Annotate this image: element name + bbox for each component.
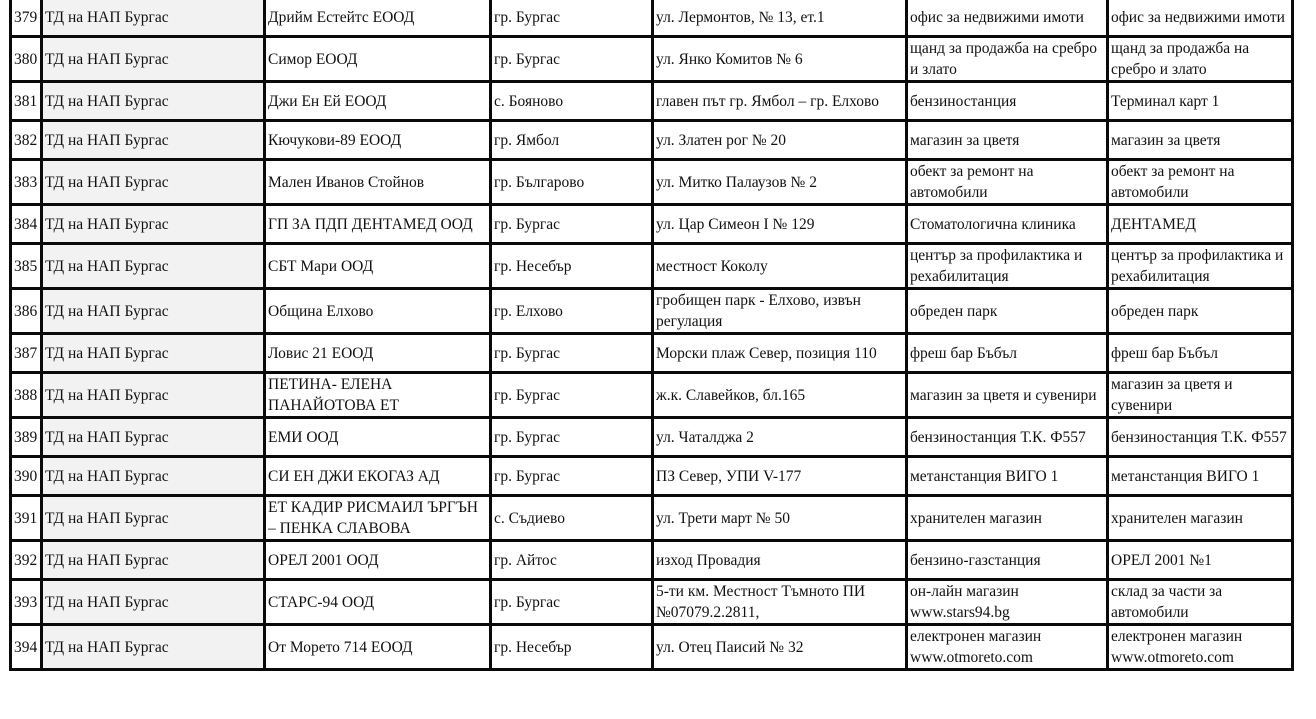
company-cell: Мален Иванов Стойнов <box>265 160 491 205</box>
row-number-cell: 385 <box>11 244 42 289</box>
company-cell: ЕТ КАДИР РИСМАИЛ ЪРГЪН – ПЕНКА СЛАВОВА <box>265 496 491 541</box>
registry-table: 379ТД на НАП БургасДрийм Естейтс ЕООДгр.… <box>9 0 1294 671</box>
city-cell: гр. Бургас <box>491 580 653 625</box>
city-cell: гр. Бургас <box>491 205 653 244</box>
city-cell: гр. Несебър <box>491 244 653 289</box>
address-cell: гробищен парк - Елхово, извън регулация <box>653 289 907 334</box>
tax-office-cell: ТД на НАП Бургас <box>42 0 265 37</box>
site-type-cell: метанстанция ВИГО 1 <box>907 457 1108 496</box>
table-row: 389ТД на НАП БургасЕМИ ООДгр. Бургасул. … <box>11 418 1293 457</box>
tax-office-cell: ТД на НАП Бургас <box>42 121 265 160</box>
tax-office-cell: ТД на НАП Бургас <box>42 625 265 670</box>
address-cell: ПЗ Север, УПИ V-177 <box>653 457 907 496</box>
address-cell: ул. Митко Палаузов № 2 <box>653 160 907 205</box>
site-name-cell: обреден парк <box>1108 289 1293 334</box>
city-cell: гр. Бургас <box>491 457 653 496</box>
city-cell: гр. Ямбол <box>491 121 653 160</box>
site-name-cell: фреш бар Бъбъл <box>1108 334 1293 373</box>
row-number-cell: 388 <box>11 373 42 418</box>
address-cell: ул. Янко Комитов № 6 <box>653 37 907 82</box>
tax-office-cell: ТД на НАП Бургас <box>42 289 265 334</box>
row-number-cell: 393 <box>11 580 42 625</box>
company-cell: СИ ЕН ДЖИ ЕКОГАЗ АД <box>265 457 491 496</box>
address-cell: главен път гр. Ямбол – гр. Елхово <box>653 82 907 121</box>
site-name-cell: метанстанция ВИГО 1 <box>1108 457 1293 496</box>
tax-office-cell: ТД на НАП Бургас <box>42 244 265 289</box>
company-cell: ГП ЗА ПДП ДЕНТАМЕД ООД <box>265 205 491 244</box>
site-name-cell: хранителен магазин <box>1108 496 1293 541</box>
table-row: 388ТД на НАП БургасПЕТИНА- ЕЛЕНА ПАНАЙОТ… <box>11 373 1293 418</box>
tax-office-cell: ТД на НАП Бургас <box>42 580 265 625</box>
address-cell: ул. Лермонтов, № 13, ет.1 <box>653 0 907 37</box>
table-row: 383ТД на НАП БургасМален Иванов Стойновг… <box>11 160 1293 205</box>
company-cell: СБТ Мари ООД <box>265 244 491 289</box>
row-number-cell: 386 <box>11 289 42 334</box>
address-cell: Морски плаж Север, позиция 110 <box>653 334 907 373</box>
table-row: 384ТД на НАП БургасГП ЗА ПДП ДЕНТАМЕД ОО… <box>11 205 1293 244</box>
site-name-cell: център за профилактика и рехабилитация <box>1108 244 1293 289</box>
company-cell: Ловис 21 ЕООД <box>265 334 491 373</box>
city-cell: гр. Бургас <box>491 0 653 37</box>
site-name-cell: ОРЕЛ 2001 №1 <box>1108 541 1293 580</box>
company-cell: Симор ЕООД <box>265 37 491 82</box>
site-type-cell: хранителен магазин <box>907 496 1108 541</box>
site-name-cell: обект за ремонт на автомобили <box>1108 160 1293 205</box>
table-row: 391ТД на НАП БургасЕТ КАДИР РИСМАИЛ ЪРГЪ… <box>11 496 1293 541</box>
tax-office-cell: ТД на НАП Бургас <box>42 418 265 457</box>
site-type-cell: Стоматологична клиника <box>907 205 1108 244</box>
row-number-cell: 390 <box>11 457 42 496</box>
address-cell: ул. Чаталджа 2 <box>653 418 907 457</box>
company-cell: ОРЕЛ 2001 ООД <box>265 541 491 580</box>
tax-office-cell: ТД на НАП Бургас <box>42 541 265 580</box>
company-cell: От Морето 714 ЕООД <box>265 625 491 670</box>
site-type-cell: бензино-газстанция <box>907 541 1108 580</box>
row-number-cell: 392 <box>11 541 42 580</box>
table-row: 379ТД на НАП БургасДрийм Естейтс ЕООДгр.… <box>11 0 1293 37</box>
company-cell: Кючукови-89 ЕООД <box>265 121 491 160</box>
site-name-cell: склад за части за автомобили <box>1108 580 1293 625</box>
site-name-cell: Терминал карт 1 <box>1108 82 1293 121</box>
row-number-cell: 382 <box>11 121 42 160</box>
site-type-cell: щанд за продажба на сребро и злато <box>907 37 1108 82</box>
address-cell: ж.к. Славейков, бл.165 <box>653 373 907 418</box>
address-cell: ул. Цар Симеон I № 129 <box>653 205 907 244</box>
row-number-cell: 381 <box>11 82 42 121</box>
address-cell: ул. Трети март № 50 <box>653 496 907 541</box>
company-cell: Дрийм Естейтс ЕООД <box>265 0 491 37</box>
city-cell: гр. Бургас <box>491 373 653 418</box>
row-number-cell: 391 <box>11 496 42 541</box>
table-row: 387ТД на НАП БургасЛовис 21 ЕООДгр. Бург… <box>11 334 1293 373</box>
city-cell: с. Съдиево <box>491 496 653 541</box>
city-cell: гр. Елхово <box>491 289 653 334</box>
city-cell: гр. Бургас <box>491 418 653 457</box>
tax-office-cell: ТД на НАП Бургас <box>42 457 265 496</box>
site-type-cell: обреден парк <box>907 289 1108 334</box>
company-cell: Община Елхово <box>265 289 491 334</box>
row-number-cell: 389 <box>11 418 42 457</box>
table-row: 381ТД на НАП БургасДжи Ен Ей ЕООДс. Боян… <box>11 82 1293 121</box>
row-number-cell: 384 <box>11 205 42 244</box>
tax-office-cell: ТД на НАП Бургас <box>42 334 265 373</box>
row-number-cell: 387 <box>11 334 42 373</box>
site-type-cell: бензиностанция <box>907 82 1108 121</box>
company-cell: Джи Ен Ей ЕООД <box>265 82 491 121</box>
company-cell: ПЕТИНА- ЕЛЕНА ПАНАЙОТОВА ЕТ <box>265 373 491 418</box>
site-name-cell: магазин за цветя и сувенири <box>1108 373 1293 418</box>
row-number-cell: 380 <box>11 37 42 82</box>
table-row: 380ТД на НАП БургасСимор ЕООДгр. Бургасу… <box>11 37 1293 82</box>
site-name-cell: магазин за цветя <box>1108 121 1293 160</box>
site-type-cell: магазин за цветя <box>907 121 1108 160</box>
site-type-cell: обект за ремонт на автомобили <box>907 160 1108 205</box>
tax-office-cell: ТД на НАП Бургас <box>42 37 265 82</box>
address-cell: ул. Златен рог № 20 <box>653 121 907 160</box>
site-type-cell: он-лайн магазин www.stars94.bg <box>907 580 1108 625</box>
address-cell: местност Коколу <box>653 244 907 289</box>
site-type-cell: електронен магазин www.otmoreto.com <box>907 625 1108 670</box>
city-cell: гр. Българово <box>491 160 653 205</box>
company-cell: СТАРС-94 ООД <box>265 580 491 625</box>
company-cell: ЕМИ ООД <box>265 418 491 457</box>
city-cell: с. Бояново <box>491 82 653 121</box>
site-type-cell: център за профилактика и рехабилитация <box>907 244 1108 289</box>
table-row: 390ТД на НАП БургасСИ ЕН ДЖИ ЕКОГАЗ АДгр… <box>11 457 1293 496</box>
address-cell: изход Провадия <box>653 541 907 580</box>
site-name-cell: електронен магазин www.otmoreto.com <box>1108 625 1293 670</box>
tax-office-cell: ТД на НАП Бургас <box>42 373 265 418</box>
row-number-cell: 379 <box>11 0 42 37</box>
table-row: 392ТД на НАП БургасОРЕЛ 2001 ООДгр. Айто… <box>11 541 1293 580</box>
table-row: 382ТД на НАП БургасКючукови-89 ЕООДгр. Я… <box>11 121 1293 160</box>
site-name-cell: ДЕНТАМЕД <box>1108 205 1293 244</box>
row-number-cell: 383 <box>11 160 42 205</box>
tax-office-cell: ТД на НАП Бургас <box>42 160 265 205</box>
site-type-cell: бензиностанция Т.К. Ф557 <box>907 418 1108 457</box>
site-type-cell: офис за недвижими имоти <box>907 0 1108 37</box>
site-name-cell: бензиностанция Т.К. Ф557 <box>1108 418 1293 457</box>
row-number-cell: 394 <box>11 625 42 670</box>
site-type-cell: магазин за цветя и сувенири <box>907 373 1108 418</box>
site-name-cell: щанд за продажба на сребро и злато <box>1108 37 1293 82</box>
address-cell: 5-ти км. Местност Тъмното ПИ №07079.2.28… <box>653 580 907 625</box>
site-type-cell: фреш бар Бъбъл <box>907 334 1108 373</box>
city-cell: гр. Несебър <box>491 625 653 670</box>
tax-office-cell: ТД на НАП Бургас <box>42 205 265 244</box>
table-row: 394ТД на НАП БургасОт Морето 714 ЕООДгр.… <box>11 625 1293 670</box>
table-row: 393ТД на НАП БургасСТАРС-94 ООДгр. Бурга… <box>11 580 1293 625</box>
city-cell: гр. Бургас <box>491 334 653 373</box>
address-cell: ул. Отец Паисий № 32 <box>653 625 907 670</box>
site-name-cell: офис за недвижими имоти <box>1108 0 1293 37</box>
tax-office-cell: ТД на НАП Бургас <box>42 82 265 121</box>
tax-office-cell: ТД на НАП Бургас <box>42 496 265 541</box>
city-cell: гр. Айтос <box>491 541 653 580</box>
table-row: 385ТД на НАП БургасСБТ Мари ООДгр. Несеб… <box>11 244 1293 289</box>
city-cell: гр. Бургас <box>491 37 653 82</box>
table-row: 386ТД на НАП БургасОбщина Елховогр. Елхо… <box>11 289 1293 334</box>
table-body: 379ТД на НАП БургасДрийм Естейтс ЕООДгр.… <box>11 0 1293 670</box>
